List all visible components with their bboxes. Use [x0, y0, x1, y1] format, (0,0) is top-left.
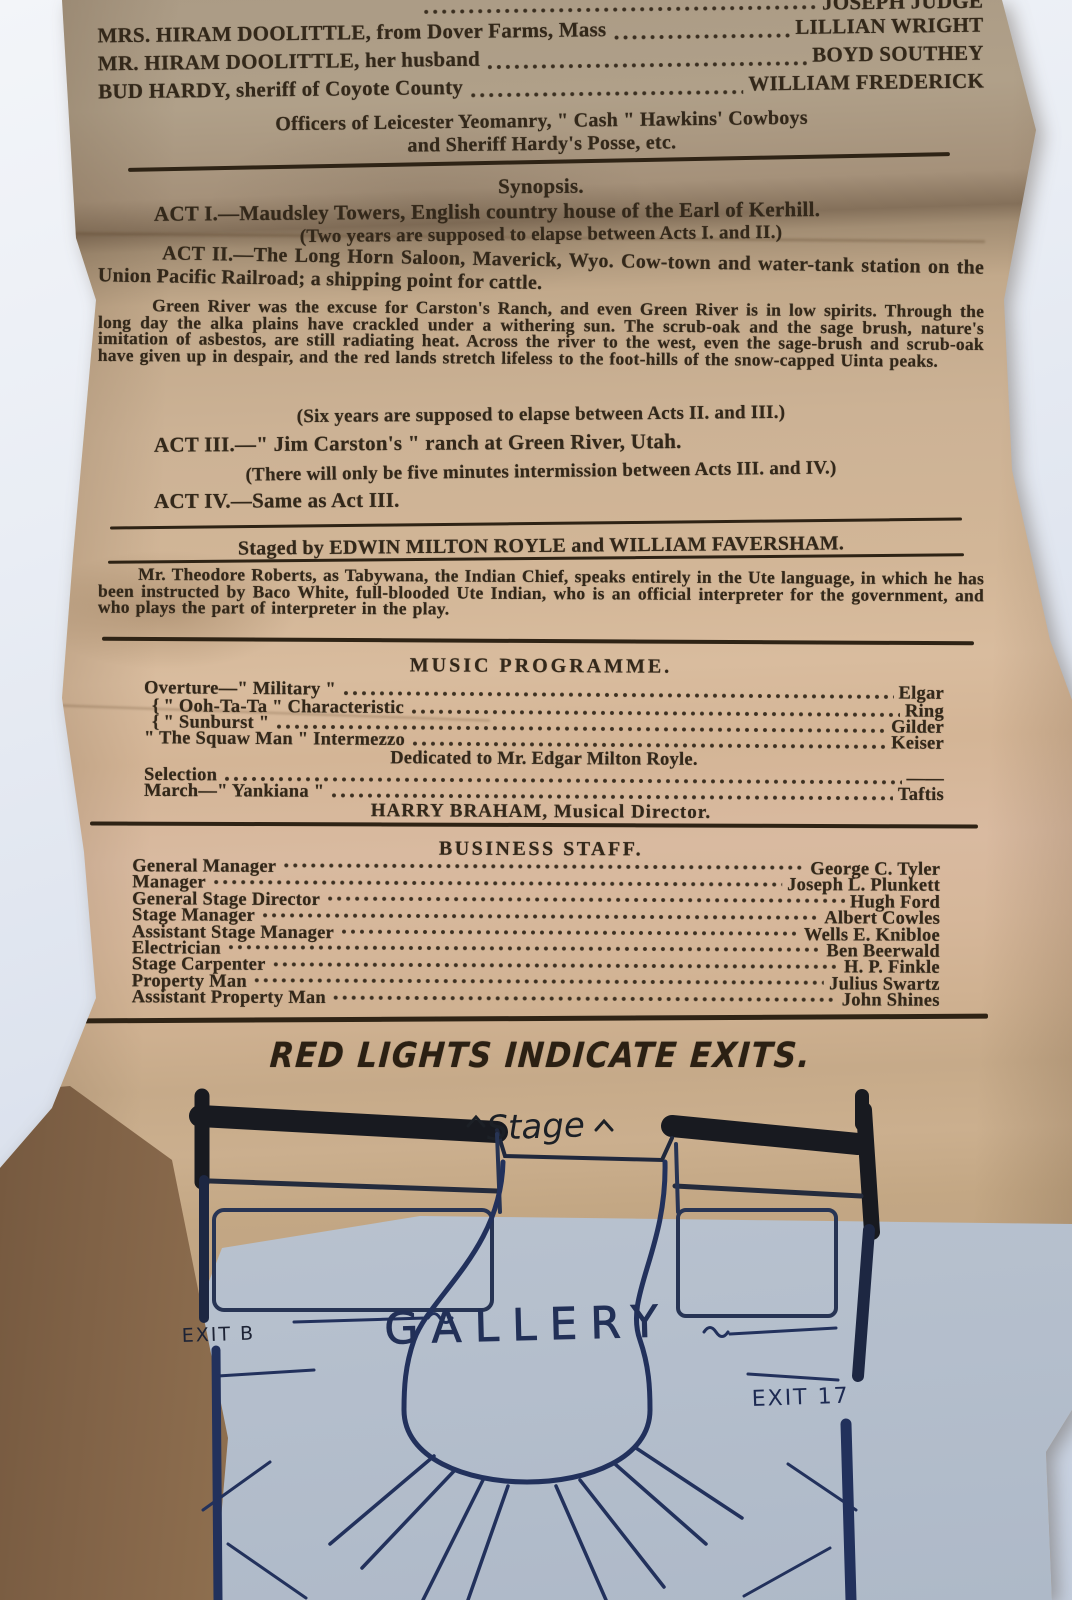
staff-role: Assistant Property Man	[132, 987, 326, 1009]
staff-row: Stage CarpenterH. P. Finkle	[132, 955, 940, 975]
dot-leader	[254, 977, 824, 986]
gallery-label: GALLERY	[384, 1296, 672, 1354]
stage-bar-left	[200, 1116, 497, 1132]
roberts-note: Mr. Theodore Roberts, as Tabywana, the I…	[98, 566, 984, 620]
cast-actor: WILLIAM FREDERICK	[748, 69, 984, 97]
dot-leader	[423, 4, 817, 16]
exits-notice-wrap: RED LIGHTS INDICATE EXITS.	[98, 1038, 984, 1074]
staff-row: Assistant Property ManJohn Shines	[132, 987, 940, 1007]
stage-bar-right	[672, 1126, 858, 1144]
divider-rule	[84, 1014, 988, 1024]
dot-leader	[273, 961, 839, 970]
dot-leader	[333, 994, 837, 1003]
dot-leader	[283, 862, 805, 871]
dot-leader	[487, 60, 807, 71]
box-left	[214, 1210, 492, 1310]
cast-list: JOSEPH JUDGE MRS. HIRAM DOOLITTLE, from …	[97, 0, 985, 161]
cast-actor: LILLIAN WRIGHT	[795, 13, 983, 40]
wall-right-lower	[846, 1424, 851, 1600]
intermission-note: (There will only be five minutes intermi…	[98, 456, 984, 489]
dot-leader	[262, 911, 819, 920]
dot-leader	[213, 878, 782, 887]
box-right	[678, 1210, 836, 1316]
cast-role: BUD HARDY, sheriff of Coyote County	[98, 75, 463, 104]
dot-leader	[613, 32, 790, 41]
divider-rule	[110, 518, 962, 530]
gallery-aisles	[330, 1448, 742, 1600]
dot-leader	[228, 944, 821, 954]
exit-17-label: EXIT 17	[751, 1384, 850, 1412]
tier-line-left	[210, 1181, 497, 1191]
stage-wall-right-cap	[864, 1110, 872, 1232]
cast-role: MR. HIRAM DOOLITTLE, her husband	[98, 47, 480, 77]
theatre-exit-diagram: Stage	[0, 1082, 1072, 1600]
dot-leader	[327, 895, 845, 904]
act2-line: ACT II.—The Long Horn Saloon, Maverick, …	[98, 241, 985, 302]
dot-leader	[470, 89, 743, 99]
cast-role: MRS. HIRAM DOOLITTLE, from Dover Farms, …	[97, 17, 606, 48]
wall-left-lower	[216, 1350, 218, 1600]
stage-label: Stage	[486, 1105, 586, 1148]
business-staff-list: General ManagerGeorge C. Tyler ManagerJo…	[132, 856, 941, 1007]
music-heading: MUSIC PROGRAMME.	[98, 653, 984, 681]
box-wall-right	[676, 1144, 678, 1212]
tier-line-right	[675, 1186, 861, 1196]
six-years-note: (Six years are supposed to elapse betwee…	[98, 400, 984, 430]
dot-leader	[341, 928, 799, 937]
act3-line: ACT III.—" Jim Carston's " ranch at Gree…	[98, 427, 984, 458]
programme-paper: JOSEPH JUDGE MRS. HIRAM DOOLITTLE, from …	[0, 0, 1072, 1600]
gallery-sections	[203, 1314, 856, 1599]
wall-right-upper	[858, 1230, 869, 1376]
act4-line: ACT IV.—Same as Act III.	[98, 485, 984, 515]
programme-photo: JOSEPH JUDGE MRS. HIRAM DOOLITTLE, from …	[0, 0, 1072, 1600]
staff-row: Assistant Stage ManagerWells E. Knibloe	[132, 922, 940, 942]
exits-notice: RED LIGHTS INDICATE EXITS.	[269, 1036, 813, 1076]
staff-row: General ManagerGeorge C. Tyler	[132, 856, 940, 876]
cast-actor: BOYD SOUTHEY	[812, 41, 984, 68]
cast-spacer	[97, 15, 416, 19]
divider-rule	[102, 637, 974, 646]
exit-b-label: EXIT B	[181, 1322, 255, 1347]
staff-name: John Shines	[842, 990, 940, 1011]
synopsis-paragraph: Green River was the excuse for Carston's…	[98, 297, 984, 370]
